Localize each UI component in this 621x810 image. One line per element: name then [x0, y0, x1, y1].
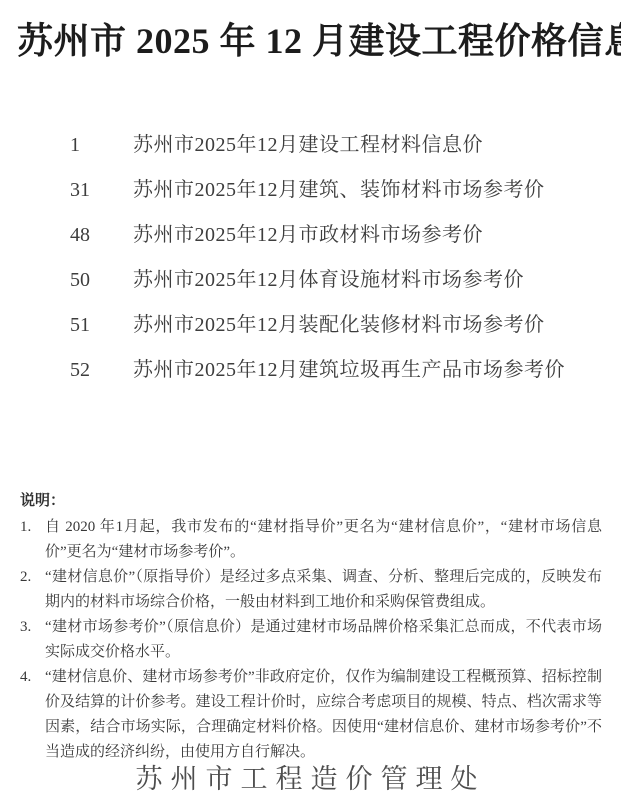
notes-section: 说明： 1. 自 2020 年1月起，我市发布的“建材指导价”更名为“建材信息价… [20, 489, 602, 765]
note-item: 4. “建材信息价、建材市场参考价”非政府定价，仅作为编制建设工程概预算、招标控… [20, 665, 602, 765]
note-text: “建材信息价、建材市场参考价”非政府定价，仅作为编制建设工程概预算、招标控制价及… [45, 665, 602, 765]
toc-entry-title: 苏州市2025年12月体育设施材料市场参考价 [133, 266, 601, 294]
toc-entry-title: 苏州市2025年12月建筑、装饰材料市场参考价 [133, 176, 601, 204]
notes-heading: 说明： [20, 489, 602, 514]
toc-entry: 48 苏州市2025年12月市政材料市场参考价 [70, 221, 601, 249]
note-text: “建材信息价”（原指导价）是经过多点采集、调查、分析、整理后完成的，反映发布期内… [45, 565, 602, 615]
note-number: 3. [20, 615, 45, 640]
document-page: 苏州市 2025 年 12 月建设工程价格信息 1 苏州市2025年12月建设工… [0, 0, 621, 810]
table-of-contents: 1 苏州市2025年12月建设工程材料信息价 31 苏州市2025年12月建筑、… [70, 131, 601, 401]
note-number: 1. [20, 515, 45, 540]
note-text: 自 2020 年1月起，我市发布的“建材指导价”更名为“建材信息价”，“建材市场… [45, 515, 602, 565]
issuing-authority: 苏州市工程造价管理处 [0, 757, 621, 796]
toc-page-number: 31 [70, 176, 133, 204]
toc-entry: 52 苏州市2025年12月建筑垃圾再生产品市场参考价 [70, 356, 601, 384]
toc-page-number: 1 [70, 131, 133, 159]
toc-entry-title: 苏州市2025年12月建设工程材料信息价 [133, 131, 601, 159]
toc-entry-title: 苏州市2025年12月装配化装修材料市场参考价 [133, 311, 601, 339]
toc-entry: 1 苏州市2025年12月建设工程材料信息价 [70, 131, 601, 159]
note-item: 3. “建材市场参考价”（原信息价）是通过建材市场品牌价格采集汇总而成，不代表市… [20, 615, 602, 665]
page-title: 苏州市 2025 年 12 月建设工程价格信息 [17, 13, 607, 64]
note-number: 4. [20, 665, 45, 690]
toc-page-number: 52 [70, 356, 133, 384]
note-number: 2. [20, 565, 45, 590]
note-item: 1. 自 2020 年1月起，我市发布的“建材指导价”更名为“建材信息价”，“建… [20, 515, 602, 565]
toc-entry-title: 苏州市2025年12月建筑垃圾再生产品市场参考价 [133, 356, 601, 384]
toc-entry: 51 苏州市2025年12月装配化装修材料市场参考价 [70, 311, 601, 339]
toc-page-number: 50 [70, 266, 133, 294]
toc-page-number: 48 [70, 221, 133, 249]
toc-entry-title: 苏州市2025年12月市政材料市场参考价 [133, 221, 601, 249]
toc-page-number: 51 [70, 311, 133, 339]
toc-entry: 50 苏州市2025年12月体育设施材料市场参考价 [70, 266, 601, 294]
note-item: 2. “建材信息价”（原指导价）是经过多点采集、调查、分析、整理后完成的，反映发… [20, 565, 602, 615]
note-text: “建材市场参考价”（原信息价）是通过建材市场品牌价格采集汇总而成，不代表市场实际… [45, 615, 602, 665]
toc-entry: 31 苏州市2025年12月建筑、装饰材料市场参考价 [70, 176, 601, 204]
